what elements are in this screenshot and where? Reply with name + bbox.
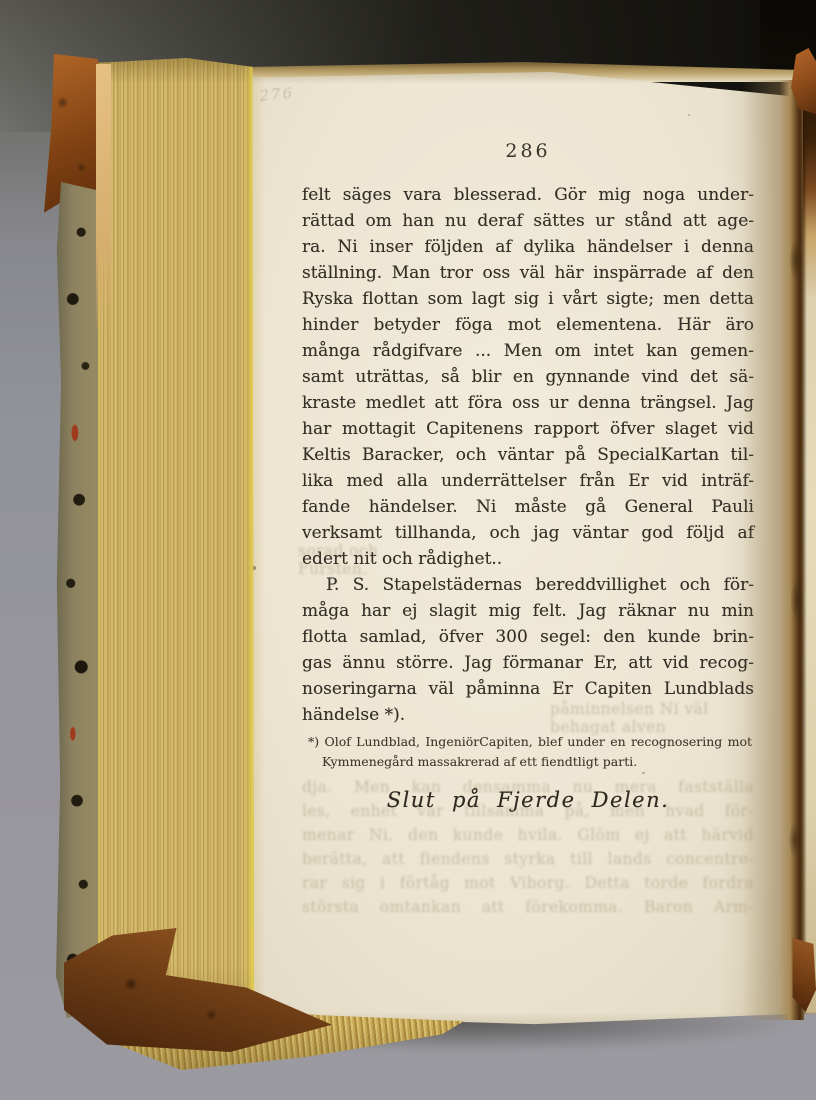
bleed-through-line: rar sig i förtåg mot Viborg. Detta torde… <box>302 874 754 898</box>
ln-line: samt uträttas, så blir en gynnande vind … <box>302 364 754 390</box>
ln-line: hinder betyder föga mot elementena. Här … <box>302 312 754 338</box>
book-photo-scene: 276 286 sorad och Fursten.påminnelsen Ni… <box>0 0 816 1100</box>
fn-line: *) Olof Lundblad, IngeniörCapiten, blef … <box>308 732 752 752</box>
ln-line: många rådgifvare ... Men om intet kan ge… <box>302 338 754 364</box>
ln-line: edert nit och rådighet.. <box>302 546 754 572</box>
body-text: felt säges vara blesserad. Gör mig noga … <box>302 182 754 728</box>
closing-line: Slut på Fjerde Delen. <box>302 788 754 812</box>
ln-line: fande händelser. Ni måste gå General Pau… <box>302 494 754 520</box>
book-page-286: 276 286 sorad och Fursten.påminnelsen Ni… <box>250 72 798 1028</box>
bleed-through-line: berätta, att fiendens styrka till lands … <box>302 850 754 874</box>
handwritten-note: 276 <box>259 77 372 120</box>
ln-line: ställning. Man tror oss väl här inspärra… <box>302 260 754 286</box>
board-inner-edge <box>96 64 111 336</box>
ln-line: noseringarna väl påminna Er Capiten Lund… <box>302 676 754 702</box>
fn-line: Kymmenegård massakrerad af ett fiendtlig… <box>308 752 752 772</box>
ln-line: flotta samlad, öfver 300 segel: den kund… <box>302 624 754 650</box>
ln-line: måga har ej slagit mig felt. Jag räknar … <box>302 598 754 624</box>
ln-line: händelse *). <box>302 702 754 728</box>
marbled-board-edge <box>56 182 98 1018</box>
paper-fleck <box>642 772 645 774</box>
ln-line: P. S. Stapelstädernas bereddvillighet oc… <box>302 572 754 598</box>
paper-fleck <box>688 114 690 116</box>
bleed-through-line: menar Ni, den kunde hvila. Glöm ej att h… <box>302 826 754 850</box>
ln-line: kraste medlet att föra oss ur denna trän… <box>302 390 754 416</box>
ln-line: Ryska flottan som lagt sig i vårt sigte;… <box>302 286 754 312</box>
ln-line: rättad om han nu deraf sättes ur stånd a… <box>302 208 754 234</box>
ln-line: verksamt tillhanda, och jag väntar god f… <box>302 520 754 546</box>
ln-line: lika med alla underrättelser från Er vid… <box>302 468 754 494</box>
facing-page-sliver <box>803 84 816 1014</box>
bleed-through-line: största omtankan att förekomma. Baron Ar… <box>302 898 754 922</box>
gutter-crease <box>742 80 804 1020</box>
ln-line: ra. Ni inser följden af dylika händelser… <box>302 234 754 260</box>
footnote: *) Olof Lundblad, IngeniörCapiten, blef … <box>308 732 752 772</box>
gilded-fore-edge <box>94 58 254 1042</box>
ln-line: Keltis Baracker, och väntar på SpecialKa… <box>302 442 754 468</box>
page-number: 286 <box>302 140 754 162</box>
ln-line: felt säges vara blesserad. Gör mig noga … <box>302 182 754 208</box>
ln-line: gas ännu större. Jag förmanar Er, att vi… <box>302 650 754 676</box>
ln-line: har mottagit Capitenens rapport öfver sl… <box>302 416 754 442</box>
